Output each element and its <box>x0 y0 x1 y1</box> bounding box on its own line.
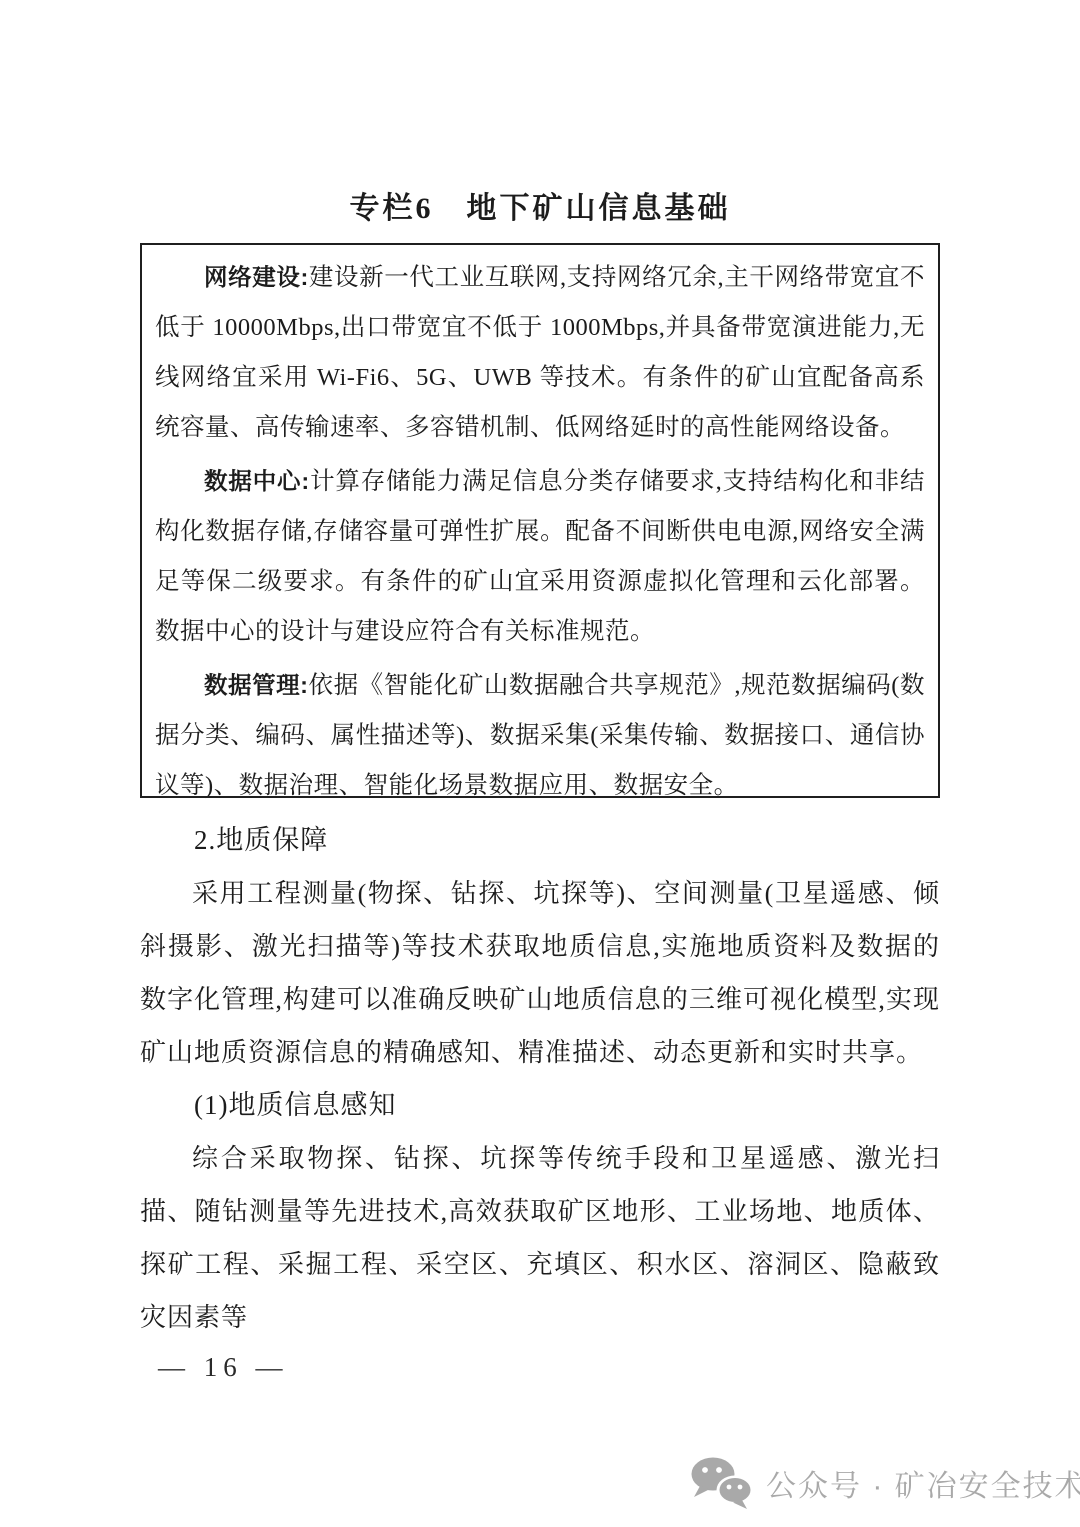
paragraph-label: 数据中心: <box>204 468 310 494</box>
document-page: 专栏6 地下矿山信息基础 网络建设:建设新一代工业互联网,支持网络冗余,主干网络… <box>0 0 1080 1527</box>
watermark: 公众号 · 矿冶安全技术 <box>688 1456 1080 1510</box>
page-title: 专栏6 地下矿山信息基础 <box>0 183 1080 227</box>
wechat-icon <box>688 1456 756 1510</box>
paragraph-label: 数据管理: <box>204 672 309 698</box>
info-box: 网络建设:建设新一代工业互联网,支持网络冗余,主干网络带宽宜不低于 10000M… <box>140 243 940 798</box>
paragraph-text: 计算存储能力满足信息分类存储要求,支持结构化和非结构化数据存储,存储容量可弹性扩… <box>155 468 925 645</box>
section-heading: 2.地质保障 <box>140 814 940 867</box>
sub-heading: (1)地质信息感知 <box>140 1079 940 1132</box>
page-number: — 16 — <box>158 1352 289 1383</box>
body-content: 2.地质保障 采用工程测量(物探、钻探、坑探等)、空间测量(卫星遥感、倾斜摄影、… <box>140 814 940 1344</box>
body-paragraph: 综合采取物探、钻探、坑探等传统手段和卫星遥感、激光扫描、随钻测量等先进技术,高效… <box>140 1132 940 1344</box>
paragraph-text: 建设新一代工业互联网,支持网络冗余,主干网络带宽宜不低于 10000Mbps,出… <box>155 264 925 441</box>
box-paragraph-datacenter: 数据中心:计算存储能力满足信息分类存储要求,支持结构化和非结构化数据存储,存储容… <box>155 456 925 657</box>
body-paragraph: 采用工程测量(物探、钻探、坑探等)、空间测量(卫星遥感、倾斜摄影、激光扫描等)等… <box>140 867 940 1079</box>
paragraph-label: 网络建设: <box>204 264 309 290</box>
box-paragraph-datamgmt: 数据管理:依据《智能化矿山数据融合共享规范》,规范数据编码(数据分类、编码、属性… <box>155 660 925 811</box>
watermark-text: 公众号 · 矿冶安全技术 <box>766 1461 1080 1505</box>
box-paragraph-network: 网络建设:建设新一代工业互联网,支持网络冗余,主干网络带宽宜不低于 10000M… <box>155 252 925 453</box>
